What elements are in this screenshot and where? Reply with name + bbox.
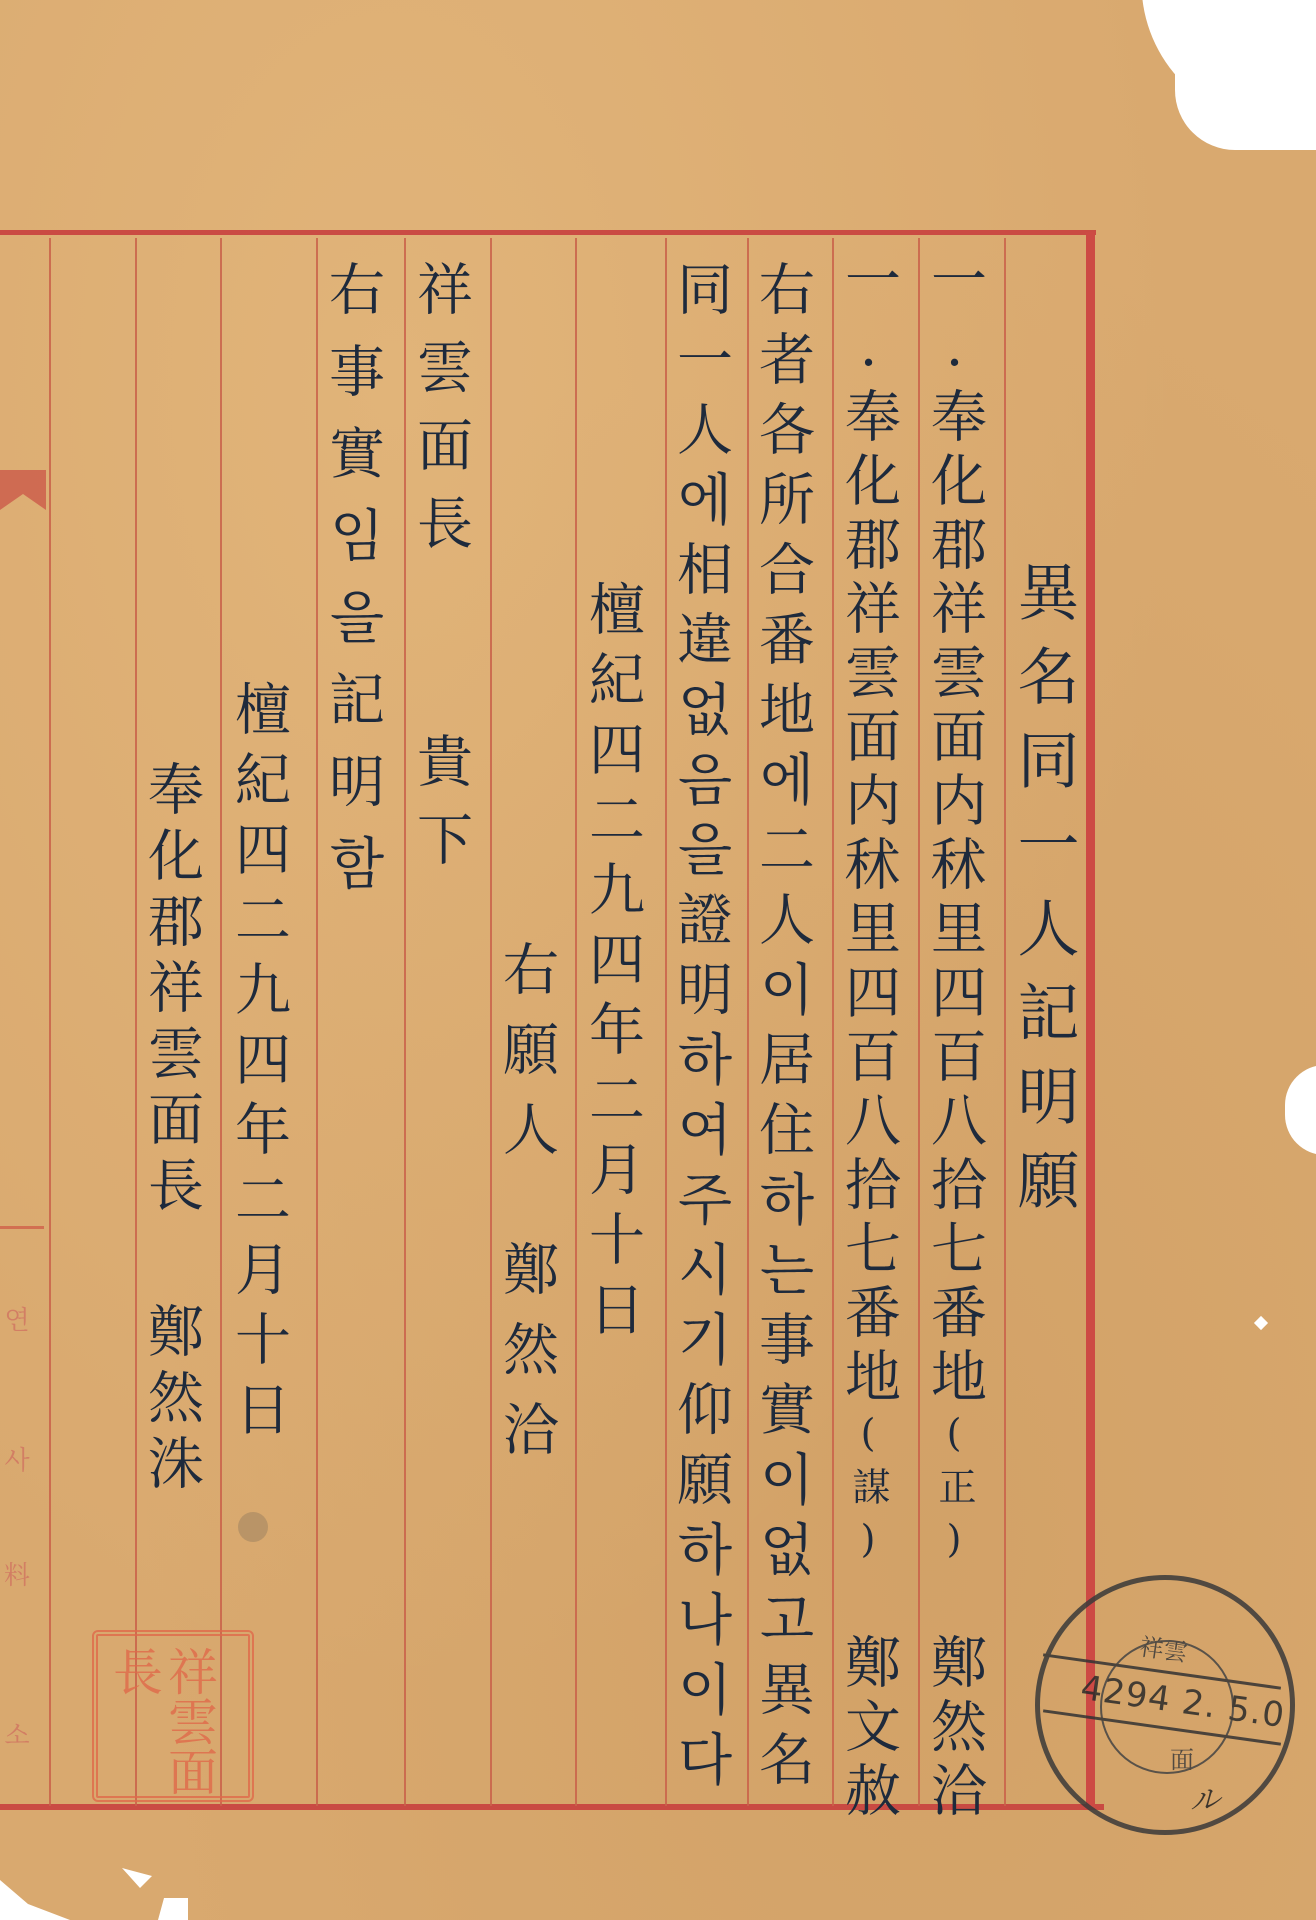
entry2-tag: (謀) (846, 1411, 890, 1573)
column-rule (135, 238, 137, 1806)
postmark-office: 面 (1170, 1740, 1194, 1775)
column-rule (918, 238, 920, 1806)
column-rule (49, 238, 51, 1806)
margin-dash (0, 1226, 44, 1229)
postmark-location: 祥雲 (1138, 1627, 1190, 1668)
issuer-label: 奉化郡祥雲面長 (139, 760, 204, 1222)
ink-stain (238, 1512, 268, 1542)
entry1-name: 鄭然洽 (922, 1633, 987, 1825)
addressee-honorific: 貴下 (408, 732, 473, 888)
margin-mark: 사 (2, 1440, 32, 1477)
applicant-label: 右願人 (494, 940, 559, 1180)
margin-mark: 料 (2, 1555, 32, 1592)
column-rule (575, 238, 577, 1806)
applicant-line: 右願人鄭然洽 (498, 940, 554, 1480)
postmark-signature: ル (1190, 1775, 1220, 1819)
entry1-address: 一.奉化郡祥雲面内秫里四百八拾七番地 (922, 250, 987, 1411)
certification-date: 檀紀四二九四年二月十日 (230, 680, 286, 1450)
addressee-line: 祥雲面長貴下 (412, 260, 468, 888)
issuer-line: 奉化郡祥雲面長鄭然洙 (143, 760, 199, 1500)
issuer-name: 鄭然洙 (139, 1302, 204, 1500)
torn-corner (1175, 0, 1316, 150)
column-rule (832, 238, 834, 1806)
margin-mark: 소 (2, 1715, 32, 1752)
entry2-address: 一.奉化郡祥雲面内秫里四百八拾七番地 (836, 250, 901, 1411)
entry1-line: 一.奉化郡祥雲面内秫里四百八拾七番地(正)鄭然洽 (926, 250, 982, 1825)
column-rule (404, 238, 406, 1806)
addressee-label: 祥雲面長 (408, 260, 473, 572)
certification-line: 右事實임을記明함 (324, 260, 380, 916)
entry2-name: 鄭文赦 (836, 1633, 901, 1825)
column-rule (747, 238, 749, 1806)
right-border-rule (1086, 232, 1095, 1807)
margin-mark: 연 (2, 1300, 32, 1337)
body-line-2: 同一人에相違없음을證明하여주시기仰願하나이다 (672, 260, 728, 1800)
entry2-line: 一.奉化郡祥雲面内秫里四百八拾七番地(謀)鄭文赦 (840, 250, 896, 1825)
column-rule (490, 238, 492, 1806)
column-rule (665, 238, 667, 1806)
column-rule (220, 238, 222, 1806)
top-border-rule (0, 230, 1096, 235)
seal-text: 祥雲面長 (106, 1646, 216, 1796)
document-title: 異名同一人記明願 (1012, 560, 1074, 1232)
application-date: 檀紀四二九四年二月十日 (584, 580, 640, 1350)
official-seal: 祥雲面長 (92, 1630, 254, 1802)
entry1-tag: (正) (932, 1411, 976, 1573)
postmark-stamp: 祥雲 4294 2. 5.0 面 ル (1035, 1575, 1295, 1835)
body-line-1: 右者各所合番地에二人이居住하는事實이없고異名 (754, 260, 810, 1800)
applicant-name: 鄭然洽 (494, 1240, 559, 1480)
column-rule (1004, 238, 1006, 1806)
column-rule (316, 238, 318, 1806)
